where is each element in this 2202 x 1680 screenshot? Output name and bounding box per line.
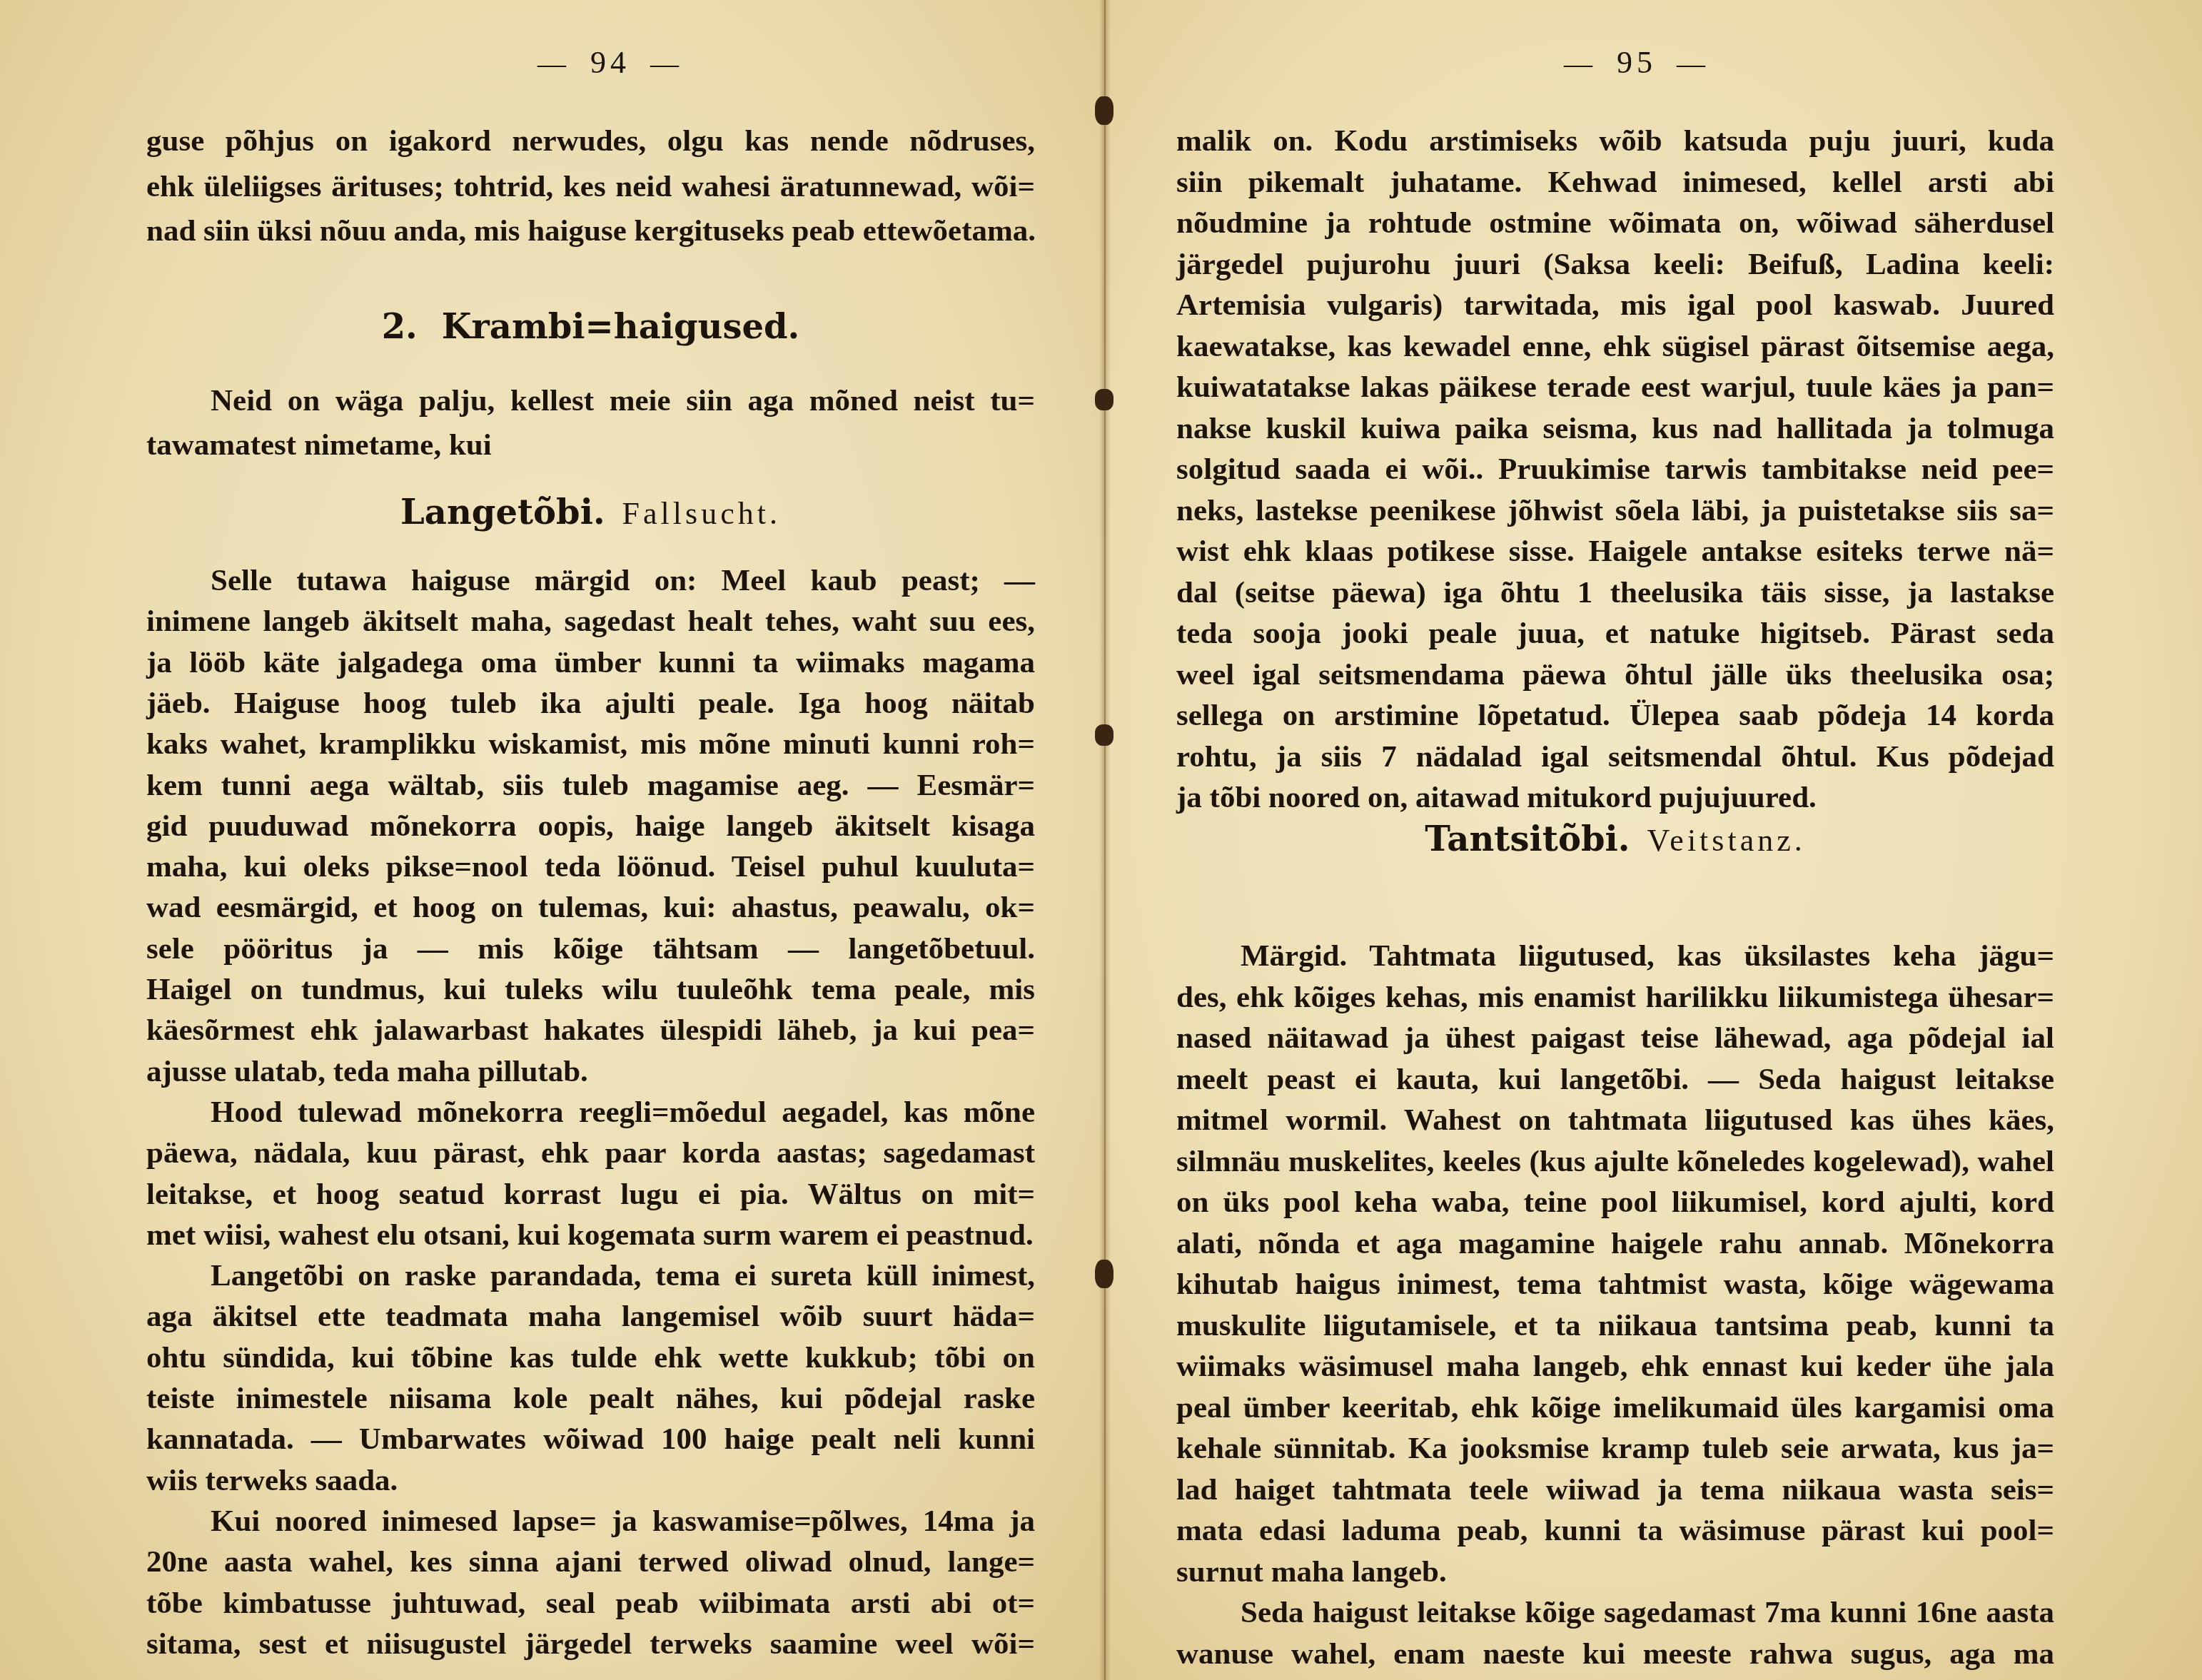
text-line: tõbe kimbatusse juhtuwad, seal peab wiib… — [146, 1588, 1035, 1619]
text-line: wiimaks wäsimusel maha langeb, ehk ennas… — [1176, 1351, 2054, 1382]
text-line: dal (seitse päewa) iga õhtu 1 theelusika… — [1176, 577, 2054, 608]
text-line: nased näitawad ja ühest paigast teise lä… — [1176, 1023, 2054, 1053]
text-line: sitama, sest et niisugustel järgedel ter… — [146, 1629, 1035, 1659]
text-line: solgitud saada ei wõi.. Pruukimise tarwi… — [1176, 454, 2054, 485]
text-line: päewa, nädala, kuu pärast, ehk paar kord… — [146, 1138, 1035, 1168]
text-line: Artemisia vulgaris) tarwitada, mis igal … — [1176, 290, 2054, 320]
text-line: Neid on wäga palju, kellest meie siin ag… — [146, 385, 1035, 416]
text-line: weel igal seitsmendama päewa õhtul jälle… — [1176, 659, 2054, 690]
subsection-heading-langetobi: Langetõbi.Fallsucht. — [146, 492, 1035, 532]
book-spread: —94— guse põhjus on igakord nerwudes, ol… — [0, 0, 2202, 1680]
text-line: wist ehk klaas potikese sisse. Haigele a… — [1176, 536, 2054, 567]
text-line: guse põhjus on igakord nerwudes, olgu ka… — [146, 126, 1035, 156]
binding-stitch — [1095, 96, 1113, 125]
page-number-94: —94— — [468, 44, 753, 81]
text-line: käesõrmest ehk jalawarbast hakates ülesp… — [146, 1015, 1035, 1046]
text-line: Haigel on tundmus, kui tuleks wilu tuule… — [146, 974, 1035, 1005]
text-line: kihutab haigus inimest, tema tahtmist wa… — [1176, 1269, 2054, 1300]
text-line: nõudmine ja rohtude ostmine wõimata on, … — [1176, 208, 2054, 238]
text-line: ajusse ulatab, teda maha pillutab. — [146, 1056, 1035, 1087]
text-line: lad haiget tahtmata teele wiiwad ja tema… — [1176, 1474, 2054, 1505]
text-line: nakse kuskil kuiwa paika seisma, kus nad… — [1176, 413, 2054, 444]
text-line: des, ehk kõiges kehas, mis enamist haril… — [1176, 982, 2054, 1013]
text-line: peal ümber keeritab, ehk kõige imelikuma… — [1176, 1392, 2054, 1423]
right-page: —95— malik on. Kodu arstimiseks wõib kat… — [1105, 0, 2202, 1680]
text-line: järgedel pujurohu juuri (Saksa keeli: Be… — [1176, 249, 2054, 280]
text-line: neks, lastekse peenikese jõhwist sõela l… — [1176, 495, 2054, 526]
text-line: inimene langeb äkitselt maha, sagedast h… — [146, 606, 1035, 637]
text-line: kaks wahet, kramplikku wiskamist, mis mõ… — [146, 729, 1035, 759]
text-line: ohtu sündida, kui tõbine kas tulde ehk w… — [146, 1342, 1035, 1373]
text-line: jäeb. Haiguse hoog tuleb ika ajulti peal… — [146, 688, 1035, 719]
text-line: wad eesmärgid, et hoog on tulemas, kui: … — [146, 892, 1035, 923]
text-line: kaewatakse, kas kewadel enne, ehk sügise… — [1176, 331, 2054, 362]
text-line: aga äkitsel ette teadmata maha langemise… — [146, 1301, 1035, 1332]
text-line: siin pikemalt juhatame. Kehwad inimesed,… — [1176, 167, 2054, 198]
text-line: alati, nõnda et aga magamine haigele rah… — [1176, 1228, 2054, 1259]
text-line: meelt peast ei kauta, kui langetõbi. — S… — [1176, 1064, 2054, 1095]
subsection-heading-tantsitobi: Tantsitõbi.Veitstanz. — [1176, 819, 2054, 859]
page-number-95: —95— — [1494, 44, 1779, 81]
text-line: on üks pool keha waba, teine pool liikum… — [1176, 1187, 2054, 1218]
text-line: ja lööb käte jalgadega oma ümber kunni t… — [146, 647, 1035, 678]
text-line: kehale sünnitab. Ka jooksmise kramp tule… — [1176, 1433, 2054, 1464]
text-line: met wiisi, wahest elu otsani, kui kogema… — [146, 1220, 1035, 1250]
text-line: Märgid. Tahtmata liigutused, kas üksilas… — [1176, 941, 2054, 971]
text-line: sellega on arstimine lõpetatud. Ülepea s… — [1176, 700, 2054, 731]
text-line: teiste inimestele niisama kole pealt näh… — [146, 1383, 1035, 1414]
text-line: wanuse wahel, enam naeste kui meeste rah… — [1176, 1639, 2054, 1669]
text-line: ehk üleliigses ärituses; tohtrid, kes ne… — [146, 171, 1035, 202]
text-line: kem tunni aega wältab, siis tuleb magami… — [146, 770, 1035, 801]
left-page: —94— guse põhjus on igakord nerwudes, ol… — [0, 0, 1105, 1680]
text-line: surnut maha langeb. — [1176, 1557, 2054, 1587]
text-line: maha, kui oleks pikse=nool teda löönud. … — [146, 851, 1035, 882]
text-line: kannatada. — Umbarwates wõiwad 100 haige… — [146, 1424, 1035, 1454]
text-line: nad siin üksi nõuu anda, mis haiguse ker… — [146, 216, 1035, 246]
text-line: Seda haigust leitakse kõige sagedamast 7… — [1176, 1597, 2054, 1628]
binding-stitch — [1095, 1260, 1113, 1288]
text-line: teda sooja jooki peale juua, et natuke h… — [1176, 618, 2054, 649]
binding-stitch — [1095, 724, 1113, 746]
text-line: Selle tutawa haiguse märgid on: Meel kau… — [146, 565, 1035, 596]
text-line: Langetõbi on raske parandada, tema ei su… — [146, 1260, 1035, 1291]
text-line: mitmel wormil. Wahest on tahtmata liigut… — [1176, 1105, 2054, 1135]
text-line: mata edasi laduma peab, kunni ta wäsimus… — [1176, 1515, 2054, 1546]
text-line: tawamatest nimetame, kui — [146, 430, 1035, 460]
text-line: rohtu, ja siis 7 nädalad igal seitsmenda… — [1176, 742, 2054, 772]
text-line: 20ne aasta wahel, kes sinna ajani terwed… — [146, 1547, 1035, 1577]
text-line: leitakse, et hoog seatud korrast lugu ei… — [146, 1179, 1035, 1210]
text-line: kuiwatatakse lakas päikese terade eest w… — [1176, 372, 2054, 403]
text-line: malik on. Kodu arstimiseks wõib katsuda … — [1176, 126, 2054, 156]
text-line: ja tõbi noored on, aitawad mitukord puju… — [1176, 782, 2054, 813]
text-line: muskulite liigutamisele, et ta niikaua t… — [1176, 1310, 2054, 1341]
text-line: sele pööritus ja — mis kõige tähtsam — l… — [146, 933, 1035, 964]
text-line: gid puuduwad mõnekorra oopis, haige lang… — [146, 811, 1035, 841]
book-spine — [1099, 0, 1111, 1680]
text-line: wiis terweks saada. — [146, 1465, 1035, 1496]
section-heading: 2.Krambi=haigused. — [146, 307, 1035, 347]
text-line: silmnäu muskelites, keeles (kus ajulte k… — [1176, 1146, 2054, 1177]
text-line: Hood tulewad mõnekorra reegli=mõedul aeg… — [146, 1097, 1035, 1128]
text-line: Kui noored inimesed lapse= ja kaswamise=… — [146, 1506, 1035, 1537]
binding-stitch — [1095, 389, 1113, 410]
